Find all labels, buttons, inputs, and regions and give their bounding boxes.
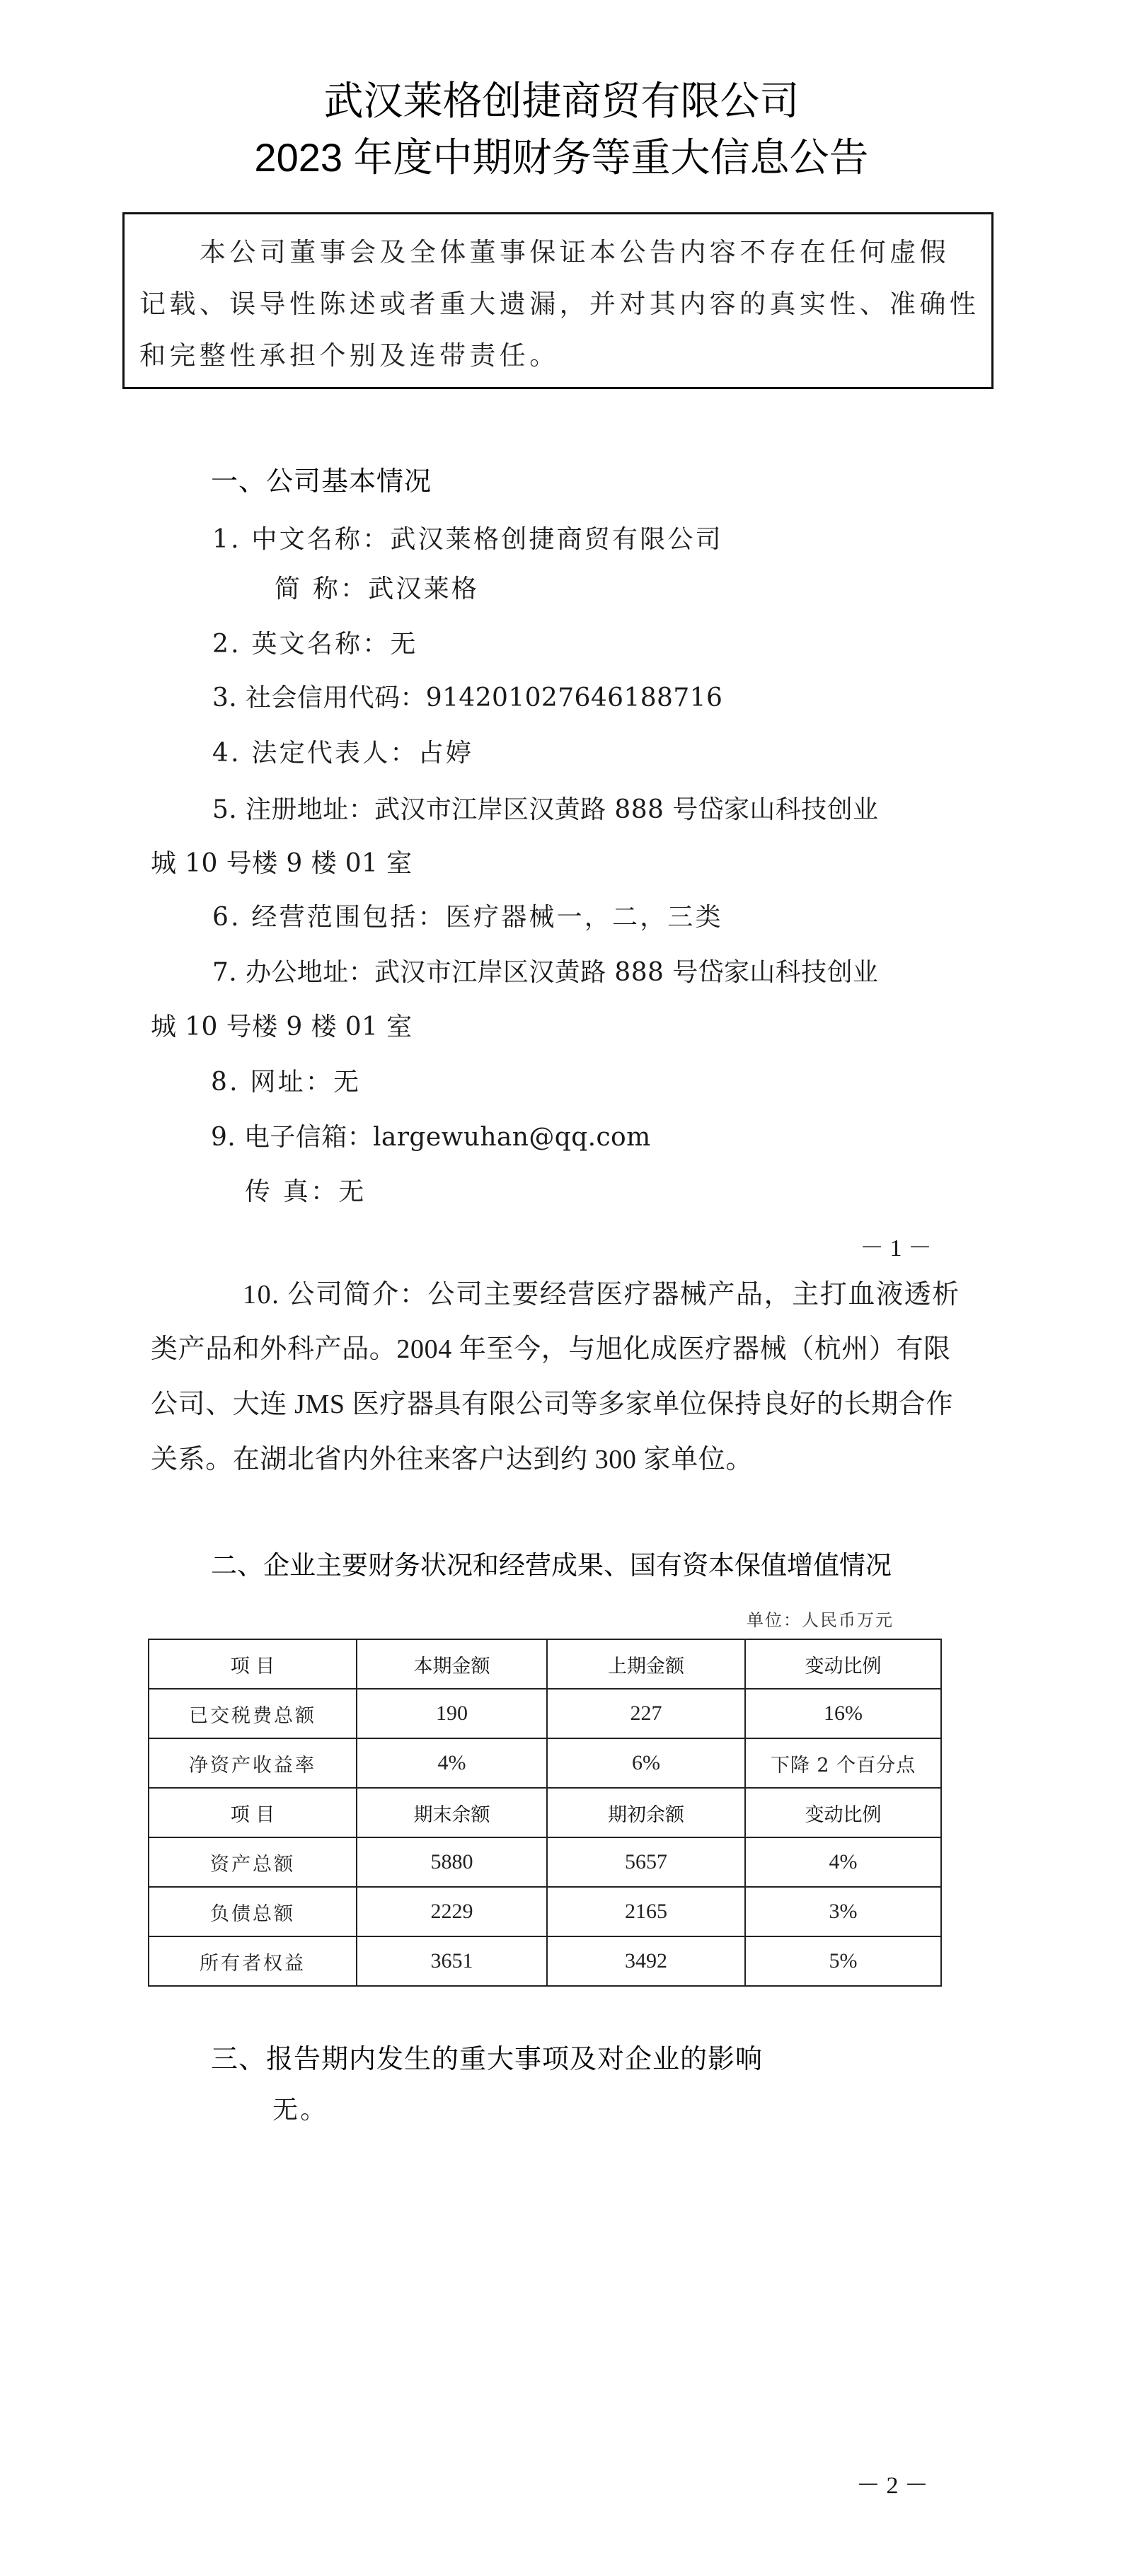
item-office-address-line1: 7. 办公地址：武汉市江岸区汉黄路 888 号岱家山科技创业 xyxy=(212,955,878,990)
table-header-cell: 变动比例 xyxy=(745,1788,941,1837)
page-number-1: － 1 － xyxy=(860,1235,932,1263)
disclaimer-line-1: 本公司董事会及全体董事保证本公告内容不存在任何虚假 xyxy=(200,235,950,270)
item-reg-address-line1: 5. 注册地址：武汉市江岸区汉黄路 888 号岱家山科技创业 xyxy=(212,792,878,828)
page-number-2: － 2 － xyxy=(856,2472,928,2500)
table-header-cell: 变动比例 xyxy=(745,1639,941,1689)
disclaimer-line-3: 和完整性承担个别及连带责任。 xyxy=(139,338,560,374)
table-cell-label: 净资产收益率 xyxy=(149,1738,357,1788)
disclaimer-line-2: 记载、误导性陈述或者重大遗漏，并对其内容的真实性、准确性 xyxy=(139,287,979,322)
item-fax: 传 真：无 xyxy=(245,1174,366,1210)
item-office-address-line2: 城 10 号楼 9 楼 01 室 xyxy=(151,1010,413,1045)
item-business-scope: 6. 经营范围包括：医疗器械一，二，三类 xyxy=(212,900,723,935)
item-english-name: 2. 英文名称：无 xyxy=(212,627,418,662)
table-row: 已交税费总额 190 227 16% xyxy=(149,1689,941,1738)
profile-line-4: 关系。在湖北省内外往来客户达到约 300 家单位。 xyxy=(151,1442,753,1477)
table-row: 资产总额 5880 5657 4% xyxy=(149,1837,941,1887)
table-cell-value: 4% xyxy=(745,1837,941,1887)
item-reg-address-line2: 城 10 号楼 9 楼 01 室 xyxy=(151,846,413,882)
table-cell-value: 5657 xyxy=(547,1837,745,1887)
item-short-name: 简 称：武汉莱格 xyxy=(275,572,479,607)
table-cell-value: 190 xyxy=(357,1689,547,1738)
section1-heading: 一、公司基本情况 xyxy=(211,463,432,499)
item-credit-code: 3. 社会信用代码：914201027646188716 xyxy=(212,681,722,716)
table-cell-label: 已交税费总额 xyxy=(149,1689,357,1738)
table-header-row-current-period: 项 目 本期金额 上期金额 变动比例 xyxy=(149,1639,941,1689)
table-header-cell: 上期金额 xyxy=(547,1639,745,1689)
table-cell-value: 3492 xyxy=(547,1936,745,1986)
table-header-cell: 项 目 xyxy=(149,1788,357,1837)
table-header-cell: 期初余额 xyxy=(547,1788,745,1837)
section3-heading: 三、报告期内发生的重大事项及对企业的影响 xyxy=(211,2041,763,2077)
table-row: 净资产收益率 4% 6% 下降 2 个百分点 xyxy=(149,1738,941,1788)
table-header-row-balance: 项 目 期末余额 期初余额 变动比例 xyxy=(149,1788,941,1837)
table-cell-value: 4% xyxy=(357,1738,547,1788)
table-cell-value: 2165 xyxy=(547,1887,745,1936)
item-legal-rep: 4. 法定代表人：占婷 xyxy=(212,736,473,771)
table-cell-value: 3% xyxy=(745,1887,941,1936)
table-cell-value: 5% xyxy=(745,1936,941,1986)
item-email: 9. 电子信箱：largewuhan@qq.com xyxy=(211,1120,651,1155)
table-cell-label: 资产总额 xyxy=(149,1837,357,1887)
profile-line-1: 10. 公司简介：公司主要经营医疗器械产品，主打血液透析 xyxy=(243,1277,960,1312)
table-row: 负债总额 2229 2165 3% xyxy=(149,1887,941,1936)
profile-line-3: 公司、大连 JMS 医疗器具有限公司等多家单位保持良好的长期合作 xyxy=(151,1387,953,1422)
table-cell-value: 下降 2 个百分点 xyxy=(745,1738,941,1788)
item-website: 8. 网址：无 xyxy=(211,1065,361,1100)
financial-table: 项 目 本期金额 上期金额 变动比例 已交税费总额 190 227 16% 净资… xyxy=(148,1639,942,1987)
unit-label: 单位：人民币万元 xyxy=(747,1607,894,1633)
profile-line-2: 类产品和外科产品。2004 年至今，与旭化成医疗器械（杭州）有限 xyxy=(151,1332,951,1367)
table-header-cell: 本期金额 xyxy=(357,1639,547,1689)
table-cell-value: 2229 xyxy=(357,1887,547,1936)
table-cell-value: 227 xyxy=(547,1689,745,1738)
document-title-subject: 2023 年度中期财务等重大信息公告 xyxy=(0,129,1123,186)
table-cell-value: 5880 xyxy=(357,1837,547,1887)
table-cell-label: 负债总额 xyxy=(149,1887,357,1936)
section2-heading: 二、企业主要财务状况和经营成果、国有资本保值增值情况 xyxy=(211,1548,892,1583)
document-title-company: 武汉莱格创捷商贸有限公司 xyxy=(0,73,1123,129)
table-cell-value: 16% xyxy=(745,1689,941,1738)
table-header-cell: 项 目 xyxy=(149,1639,357,1689)
table-cell-value: 3651 xyxy=(357,1936,547,1986)
table-cell-value: 6% xyxy=(547,1738,745,1788)
table-header-cell: 期末余额 xyxy=(357,1788,547,1837)
item-chinese-name: 1. 中文名称：武汉莱格创捷商贸有限公司 xyxy=(212,522,723,558)
table-row: 所有者权益 3651 3492 5% xyxy=(149,1936,941,1986)
section3-content: 无。 xyxy=(272,2093,328,2128)
table-cell-label: 所有者权益 xyxy=(149,1936,357,1986)
